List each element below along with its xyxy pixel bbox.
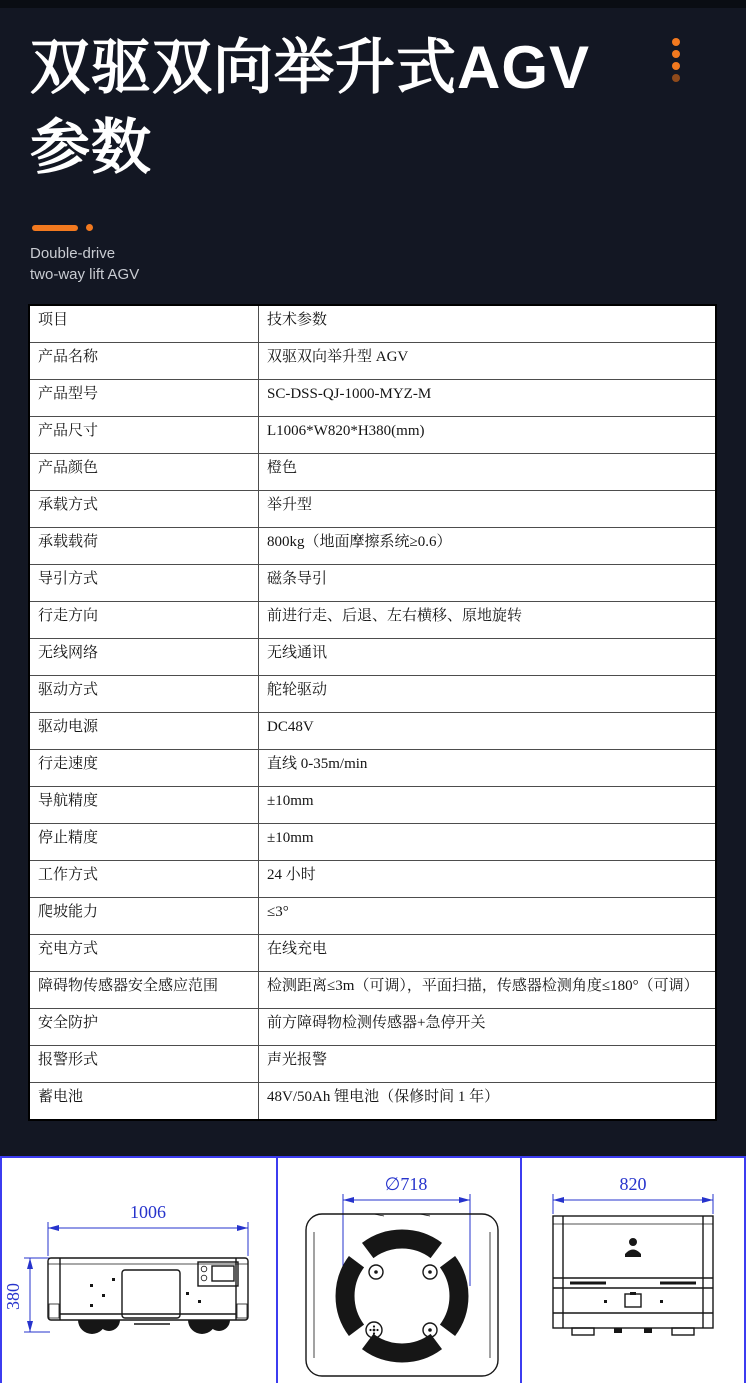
row-label: 驱动电源 — [29, 713, 259, 750]
table-row: 障碍物传感器安全感应范围 检测距离≤3m（可调），平面扫描，传感器检测角度≤18… — [29, 972, 716, 1009]
row-label: 爬坡能力 — [29, 898, 259, 935]
table-row: 爬坡能力 ≤3° — [29, 898, 716, 935]
row-label: 停止精度 — [29, 824, 259, 861]
row-label: 产品颜色 — [29, 454, 259, 491]
row-value: 直线 0-35m/min — [259, 750, 717, 787]
table-row: 产品名称 双驱双向举升型 AGV — [29, 343, 716, 380]
dot-icon — [672, 74, 680, 82]
dots-decoration — [672, 38, 680, 86]
row-value: 48V/50Ah 锂电池（保修时间 1 年） — [259, 1083, 717, 1121]
accent-dot-icon — [86, 224, 93, 231]
subtitle-line2: two-way lift AGV — [30, 264, 746, 285]
row-value: 举升型 — [259, 491, 717, 528]
spec-table: 项目 技术参数 产品名称 双驱双向举升型 AGV 产品型号 SC-DSS-QJ-… — [28, 304, 717, 1121]
row-value: 技术参数 — [259, 305, 717, 343]
dimension-label-length: 1006 — [130, 1202, 166, 1222]
row-label: 无线网络 — [29, 639, 259, 676]
side-view-drawing: 1006 380 — [2, 1158, 276, 1383]
row-label: 行走方向 — [29, 602, 259, 639]
row-value: ±10mm — [259, 787, 717, 824]
row-value: ≤3° — [259, 898, 717, 935]
row-label: 行走速度 — [29, 750, 259, 787]
row-value: L1006*W820*H380(mm) — [259, 417, 717, 454]
table-row: 导引方式 磁条导引 — [29, 565, 716, 602]
row-label: 充电方式 — [29, 935, 259, 972]
table-row: 项目 技术参数 — [29, 305, 716, 343]
row-label: 产品名称 — [29, 343, 259, 380]
row-value: 双驱双向举升型 AGV — [259, 343, 717, 380]
row-label: 蓄电池 — [29, 1083, 259, 1121]
row-label: 项目 — [29, 305, 259, 343]
table-row: 驱动电源 DC48V — [29, 713, 716, 750]
table-row: 导航精度 ±10mm — [29, 787, 716, 824]
row-value: 800kg（地面摩擦系统≥0.6） — [259, 528, 717, 565]
dot-icon — [672, 62, 680, 70]
technical-drawings: 1006 380 — [0, 1156, 746, 1383]
row-label: 安全防护 — [29, 1009, 259, 1046]
table-row: 产品颜色 橙色 — [29, 454, 716, 491]
top-strip — [0, 0, 746, 8]
row-value: SC-DSS-QJ-1000-MYZ-M — [259, 380, 717, 417]
dimension-label-diameter: ∅718 — [385, 1174, 428, 1194]
table-row: 承载载荷 800kg（地面摩擦系统≥0.6） — [29, 528, 716, 565]
table-row: 行走方向 前进行走、后退、左右横移、原地旋转 — [29, 602, 716, 639]
row-value: 声光报警 — [259, 1046, 717, 1083]
table-row: 充电方式 在线充电 — [29, 935, 716, 972]
accent-row — [32, 224, 746, 231]
row-value: 无线通讯 — [259, 639, 717, 676]
row-value: DC48V — [259, 713, 717, 750]
table-row: 蓄电池 48V/50Ah 锂电池（保修时间 1 年） — [29, 1083, 716, 1121]
dimension-label-width: 820 — [620, 1174, 647, 1194]
table-row: 承载方式 举升型 — [29, 491, 716, 528]
table-row: 安全防护 前方障碍物检测传感器+急停开关 — [29, 1009, 716, 1046]
dot-icon — [672, 50, 680, 58]
table-row: 无线网络 无线通讯 — [29, 639, 716, 676]
table-row: 产品型号 SC-DSS-QJ-1000-MYZ-M — [29, 380, 716, 417]
row-label: 导引方式 — [29, 565, 259, 602]
top-view-drawing: ∅718 — [278, 1158, 520, 1383]
top-view-panel: ∅718 — [278, 1158, 522, 1383]
front-view-drawing: 820 — [522, 1158, 742, 1383]
spec-table-body: 项目 技术参数 产品名称 双驱双向举升型 AGV 产品型号 SC-DSS-QJ-… — [29, 305, 716, 1120]
agv-spec-page: 双驱双向举升式AGV 参数 Double-drive two-way lift … — [0, 0, 746, 1121]
table-row: 驱动方式 舵轮驱动 — [29, 676, 716, 713]
front-view-panel: 820 — [522, 1158, 746, 1383]
page-title: 双驱双向举升式AGV 参数 — [30, 28, 746, 188]
dimension-label-height: 380 — [3, 1283, 23, 1310]
subtitle-line1: Double-drive — [30, 243, 746, 264]
row-value: 前方障碍物检测传感器+急停开关 — [259, 1009, 717, 1046]
row-label: 驱动方式 — [29, 676, 259, 713]
row-value: 磁条导引 — [259, 565, 717, 602]
row-label: 工作方式 — [29, 861, 259, 898]
page-title-line2: 参数 — [30, 108, 746, 188]
row-label: 承载载荷 — [29, 528, 259, 565]
page-title-line1: 双驱双向举升式AGV — [30, 28, 746, 108]
dot-icon — [672, 38, 680, 46]
row-label: 承载方式 — [29, 491, 259, 528]
table-row: 报警形式 声光报警 — [29, 1046, 716, 1083]
table-row: 停止精度 ±10mm — [29, 824, 716, 861]
row-label: 障碍物传感器安全感应范围 — [29, 972, 259, 1009]
table-row: 行走速度 直线 0-35m/min — [29, 750, 716, 787]
table-row: 工作方式 24 小时 — [29, 861, 716, 898]
accent-dash — [32, 225, 78, 231]
header: 双驱双向举升式AGV 参数 Double-drive two-way lift … — [0, 8, 746, 285]
row-label: 产品尺寸 — [29, 417, 259, 454]
row-label: 导航精度 — [29, 787, 259, 824]
row-value: ±10mm — [259, 824, 717, 861]
table-row: 产品尺寸 L1006*W820*H380(mm) — [29, 417, 716, 454]
row-label: 产品型号 — [29, 380, 259, 417]
row-value: 24 小时 — [259, 861, 717, 898]
row-value: 在线充电 — [259, 935, 717, 972]
row-value: 前进行走、后退、左右横移、原地旋转 — [259, 602, 717, 639]
row-value: 检测距离≤3m（可调），平面扫描，传感器检测角度≤180°（可调） — [259, 972, 717, 1009]
row-label: 报警形式 — [29, 1046, 259, 1083]
row-value: 橙色 — [259, 454, 717, 491]
row-value: 舵轮驱动 — [259, 676, 717, 713]
side-view-panel: 1006 380 — [0, 1158, 278, 1383]
